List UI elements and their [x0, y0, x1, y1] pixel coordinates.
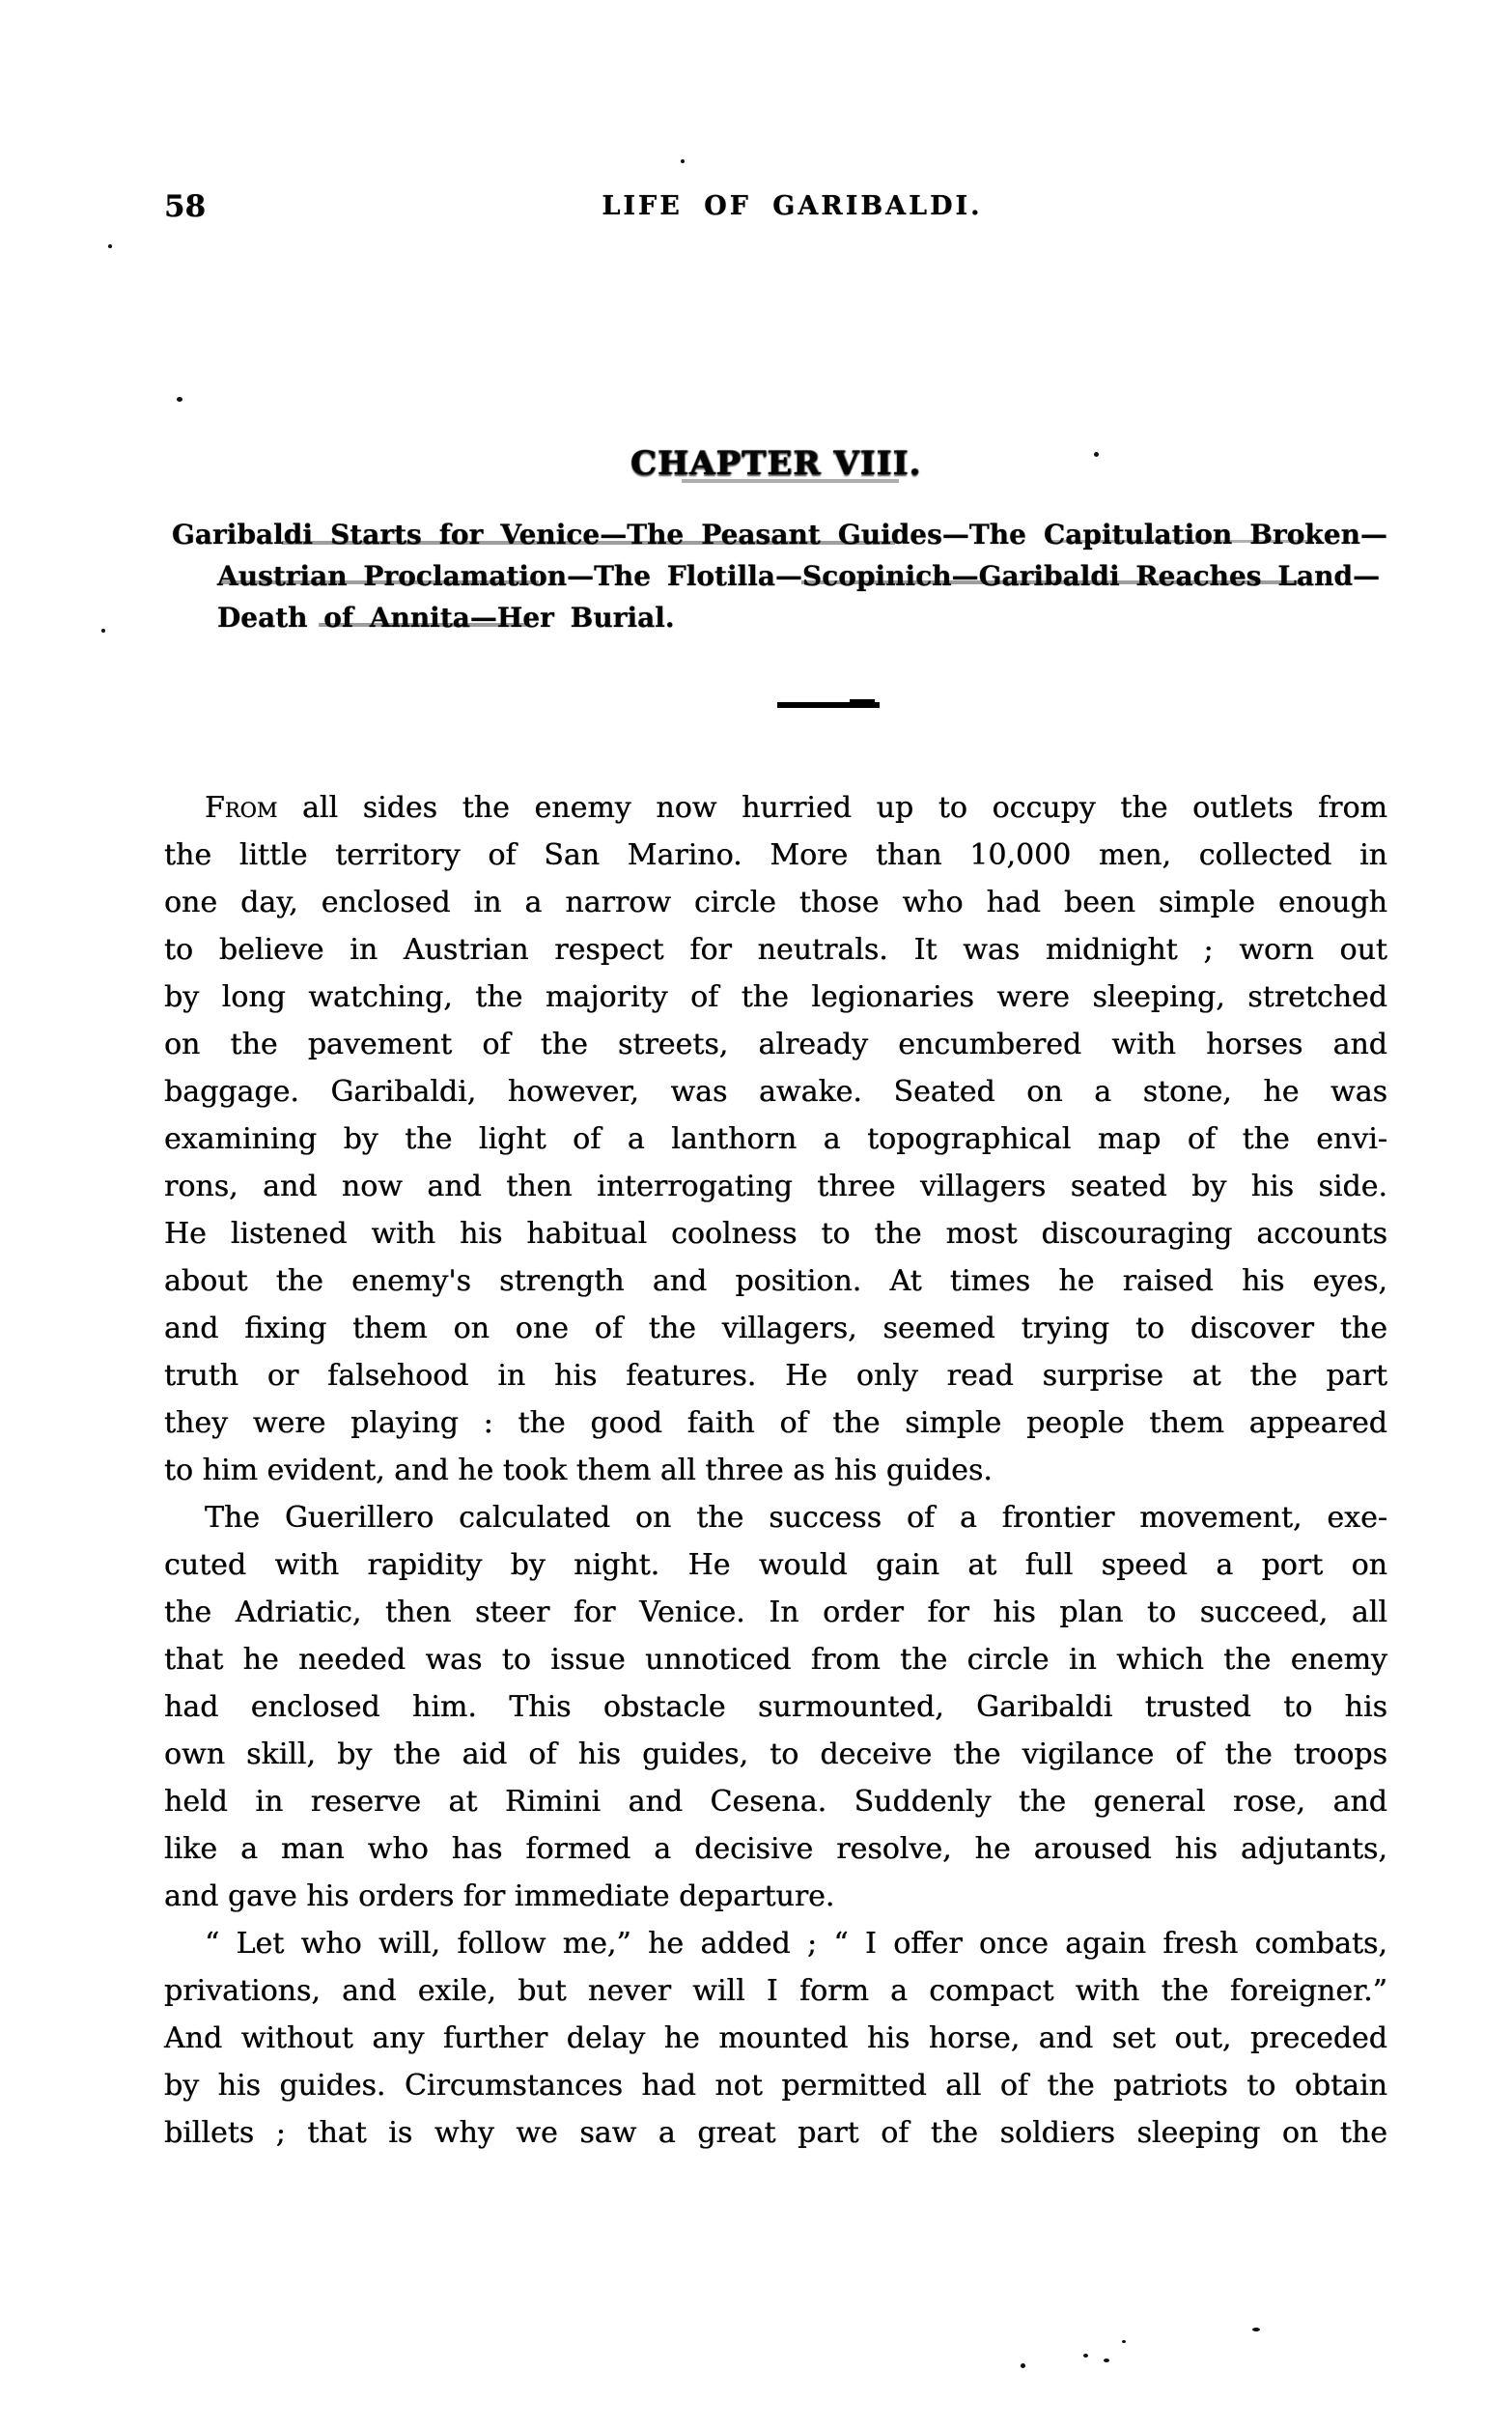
section-divider-rule-bump — [850, 699, 875, 703]
text-line: they were playing : the good faith of th… — [164, 1399, 1387, 1447]
paragraph: The Guerillero calculated on the success… — [164, 1494, 1387, 1920]
lead-word: From — [205, 791, 277, 825]
scan-speck — [1083, 2354, 1088, 2358]
body-text: From all sides the enemy now hurried up … — [164, 784, 1387, 2157]
text-line: the little territory of San Marino. More… — [164, 832, 1387, 879]
text-line: like a man who has formed a decisive res… — [164, 1825, 1387, 1873]
text-line: “ Let who will, follow me,” he added ; “… — [164, 1920, 1387, 1967]
summary-line: Death of Annita—Her Burial. — [172, 597, 1387, 638]
summary-line: Austrian Proclamation—The Flotilla—Scopi… — [172, 555, 1387, 597]
text-line: own skill, by the aid of his guides, to … — [164, 1731, 1387, 1778]
text-line: that he needed was to issue unnoticed fr… — [164, 1636, 1387, 1683]
text-line: about the enemy's strength and position.… — [164, 1257, 1387, 1305]
text-line: The Guerillero calculated on the success… — [164, 1494, 1387, 1541]
text-line: and fixing them on one of the villagers,… — [164, 1305, 1387, 1352]
scan-speck — [108, 244, 112, 248]
text-line: to him evident, and he took them all thr… — [164, 1447, 1387, 1494]
page-header: 58 LIFE OF GARIBALDI. — [164, 189, 1387, 230]
summary-line: Garibaldi Starts for Venice—The Peasant … — [172, 514, 1387, 555]
running-title: LIFE OF GARIBALDI. — [164, 191, 1420, 221]
scan-speck — [101, 629, 105, 633]
scan-speck — [1104, 2358, 1109, 2362]
scan-speck — [177, 397, 182, 402]
text-line: had enclosed him. This obstacle surmount… — [164, 1683, 1387, 1731]
text-line: truth or falsehood in his features. He o… — [164, 1352, 1387, 1399]
text-line: cuted with rapidity by night. He would g… — [164, 1541, 1387, 1589]
text-line: billets ; that is why we saw a great par… — [164, 2109, 1387, 2157]
text-line: baggage. Garibaldi, however, was awake. … — [164, 1068, 1387, 1116]
paragraph: From all sides the enemy now hurried up … — [164, 784, 1387, 1494]
text-line: And without any further delay he mounted… — [164, 2015, 1387, 2062]
scan-speck — [1252, 2328, 1260, 2331]
paragraph: “ Let who will, follow me,” he added ; “… — [164, 1920, 1387, 2157]
text-line: one day, enclosed in a narrow circle tho… — [164, 879, 1387, 926]
text-line: the Adriatic, then steer for Venice. In … — [164, 1589, 1387, 1636]
scan-speck — [1122, 2340, 1126, 2343]
chapter-summary: Garibaldi Starts for Venice—The Peasant … — [172, 514, 1387, 638]
text-line: He listened with his habitual coolness t… — [164, 1210, 1387, 1257]
text-line: by long watching, the majority of the le… — [164, 974, 1387, 1021]
text-line: held in reserve at Rimini and Cesena. Su… — [164, 1778, 1387, 1825]
text-line: rons, and now and then interrogating thr… — [164, 1163, 1387, 1210]
text-line: and gave his orders for immediate depart… — [164, 1873, 1387, 1920]
scan-speck — [1021, 2363, 1025, 2368]
text-line: by his guides. Circumstances had not per… — [164, 2062, 1387, 2109]
scan-speck — [681, 159, 685, 163]
book-page: 58 LIFE OF GARIBALDI. CHAPTER VIII. Gari… — [0, 0, 1512, 2429]
chapter-heading: CHAPTER VIII. — [164, 444, 1387, 483]
text-line: examining by the light of a lanthorn a t… — [164, 1116, 1387, 1163]
text-line: on the pavement of the streets, already … — [164, 1021, 1387, 1068]
text-line: to believe in Austrian respect for neutr… — [164, 926, 1387, 974]
text-line: From all sides the enemy now hurried up … — [164, 784, 1387, 832]
text-line: privations, and exile, but never will I … — [164, 1967, 1387, 2015]
